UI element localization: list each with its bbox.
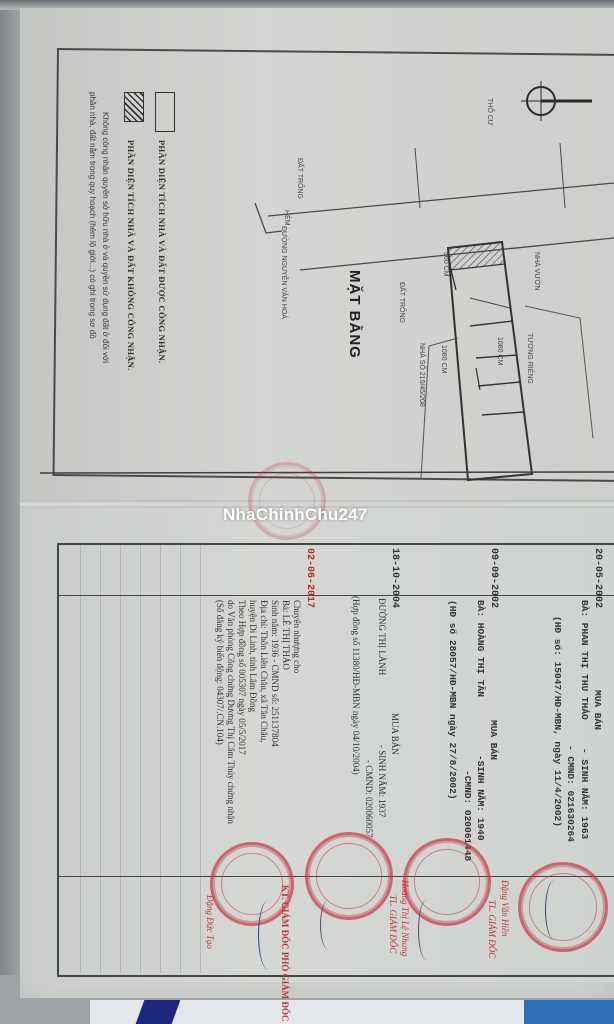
entry2-owner: BÀ: HOÀNG THỊ TẦN [475,600,486,697]
entry2-date: 09-09-2002 [488,548,499,608]
label-road: ĐƯỜNG NGUYỄN VĂN HOÁ [280,226,287,319]
entry2-birth: -SINH NĂM: 1940 [475,755,486,841]
label-nha-so: NHÀ SỐ 210/45/208 [418,343,425,407]
entry3-contract: (Hợp đồng số 11380/HĐ-MBN ngày 04/10/200… [351,596,361,775]
label-tuong-rieng: TƯỜNG RIÊNG [526,333,533,384]
label-dim-left: 1080 CM [440,345,447,373]
ruled-line [80,545,81,973]
ruled-line [120,545,121,973]
label-nha-vuon: NHÀ VƯỜN [533,252,540,290]
ruled-line [140,545,141,973]
entry4-line2: Bà: LÊ THỊ THẢO [281,600,291,670]
north-arrow-icon [521,81,592,121]
entry3-signature [320,900,337,950]
ruled-line [100,545,101,973]
entry3-stamp [305,832,393,920]
entry4-line7: do Văn phòng Công chứng Dương Thị Cẩm Th… [226,600,236,824]
background-card [90,1000,614,1024]
entry3-signer-name: Hoàng Thị Lệ Nhung [400,880,410,956]
entry4-line8: (Số đăng ký biến động: 04307/.CN.104) [215,600,225,745]
label-hem: HẺM [283,210,290,226]
entry1-owner: BÀ: PHAN THỊ THU THẢO [579,600,590,720]
site-plan-title: MẶT BẰNG [346,270,363,359]
faded-stamp [248,462,326,540]
entry4-line5: huyện Di Linh, tỉnh Lâm Đồng [248,600,258,712]
entry3-type: MUA BÁN [390,713,400,755]
entry4-line3: Sinh năm: 1936 - CMND số: 251137804 [270,600,280,747]
ruled-line [160,545,161,973]
entry3-signer-title: TL. GIÁM ĐỐC [388,895,398,953]
entry4-date: 02-06-2017 [304,548,315,608]
entry3-birth: - SINH NĂM: 1937 [377,745,387,817]
label-dim-front: 560 CM [442,252,449,277]
entry2-signature [418,900,435,960]
entry3-owner: ĐƯỜNG THỊ LÀNH [377,598,387,675]
ruled-line [200,545,201,973]
entry1-id: - CMND: 021630264 [565,745,576,842]
site-plan-drawing [20,8,614,504]
entry4-signature [258,900,279,970]
entry1-signature [545,880,564,940]
entry2-stamp [403,838,491,926]
entry4-signer-name: Đặng Đức Tạo [205,895,215,949]
entry2-signer-name: Đặng Văn Hiền [500,880,510,937]
label-dim-right: 1080 CM [496,337,503,365]
entry4-line1: Chuyển nhượng cho [292,600,302,673]
entry1-contract: (HĐ số: 15047/HĐ-MBN, ngày 11/4/2002) [552,616,563,827]
card-logo [136,1000,181,1024]
card-stripe [524,1000,614,1024]
table-divider-date [57,595,614,596]
label-tho-cu: THỔ CƯ [486,98,493,126]
entry4-stamp [210,842,294,926]
ruled-line [180,545,181,973]
entry1-birth: - SINH NĂM: 1963 [579,748,590,839]
entry3-date: 18-10-2004 [389,548,400,608]
entry2-signer-title: TL. GIÁM ĐỐC [487,900,497,958]
entry1-type: MUA BÁN [592,690,603,730]
background-table [0,0,22,1024]
entry2-type: MUA BÁN [488,720,499,760]
label-dat-trong-mid: ĐẤT TRỐNG [398,282,405,323]
watermark-text: NhaChinhChu247 [223,505,367,525]
entry4-line4: Địa chỉ: Thôn Liên Châu, xã Tân Châu, [259,600,269,742]
entry2-contract: (HĐ số 28057/HĐ-MBN ngày 27/8/2002) [447,600,458,800]
label-dat-trong-top: ĐẤT TRỐNG [296,158,303,199]
entry1-date: 20-05-2002 [592,548,603,608]
entry4-line6: Theo Hợp đồng số 005307 ngày 05/5/2017 [237,600,247,755]
entry3-id: - CMND: 020060057 [364,760,374,838]
